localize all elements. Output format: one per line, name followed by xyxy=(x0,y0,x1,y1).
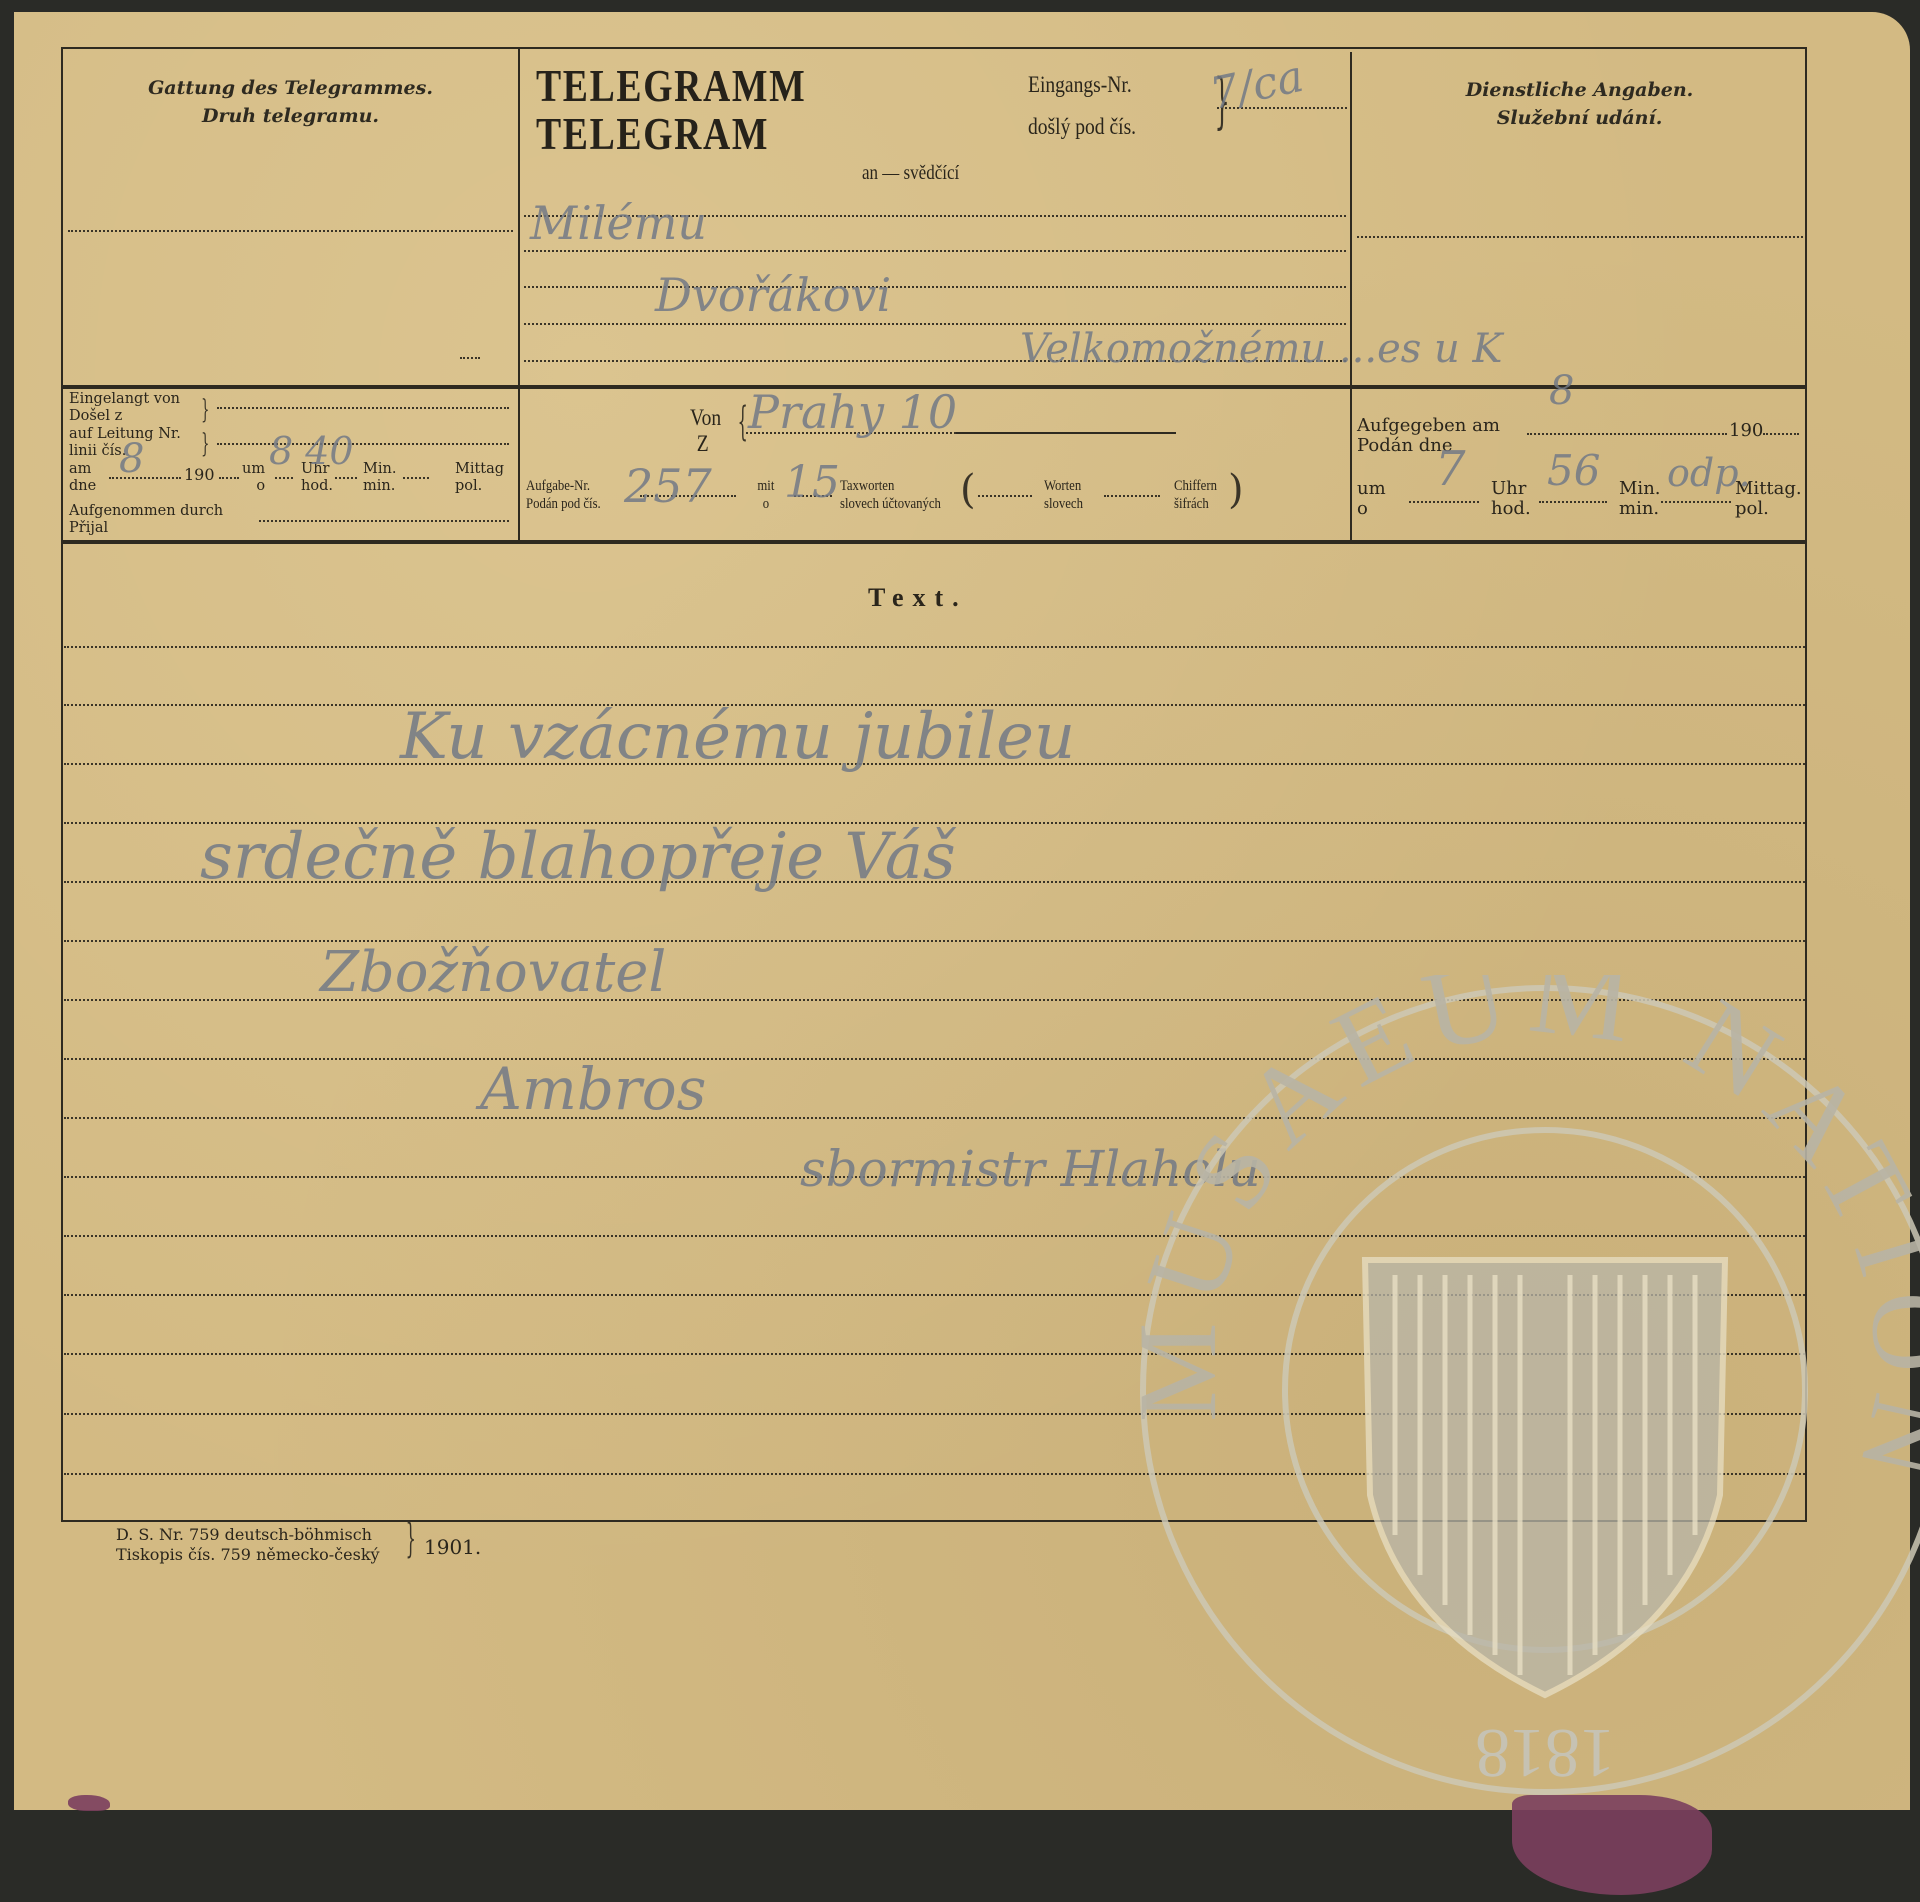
hod-label: hod. xyxy=(301,478,333,495)
message-line-3: Zbožňovatel xyxy=(320,940,666,1005)
handed-year-field[interactable] xyxy=(1763,433,1799,435)
mit-label: mit xyxy=(754,477,778,495)
aufgegeben-label: Aufgegeben am xyxy=(1357,416,1500,436)
title-de: TELEGRAMM xyxy=(536,62,806,110)
museum-stamp: MUSAEUM NATIONALE 1818 xyxy=(1130,975,1920,1805)
address-line-2[interactable] xyxy=(524,250,1346,252)
aufgabe-nr-label: Aufgabe-Nr. xyxy=(526,477,601,495)
address-line-4[interactable] xyxy=(524,323,1346,325)
sifrach-label: šifrách xyxy=(1174,495,1217,513)
address-hand-2: Dvořákovi xyxy=(655,268,891,322)
divider-left xyxy=(518,47,520,543)
received-from-field[interactable] xyxy=(217,407,509,409)
handed-date-value: 8 xyxy=(1549,381,1574,401)
dne-label: dne xyxy=(69,478,96,495)
handed-min-value: 56 xyxy=(1547,461,1600,481)
slovech-uctovanych-label: slovech účtovaných xyxy=(840,495,941,513)
text-line-1[interactable] xyxy=(64,646,1805,648)
wax-seal-left xyxy=(68,1795,110,1811)
left-header-title: Gattung des Telegrammes. Druh telegramu. xyxy=(63,74,518,130)
address-hand-1: Milému xyxy=(530,196,707,250)
received-year-field[interactable] xyxy=(219,477,239,479)
podan-dne-label: Podán dne xyxy=(1357,436,1500,456)
address-hand-3: Velkomožnému ...es u K xyxy=(1020,326,1502,372)
am-label: am xyxy=(69,461,96,478)
aufgenommen-label: Aufgenommen durch xyxy=(69,503,223,520)
handed-min-field[interactable] xyxy=(1539,501,1607,503)
received-year-prefix: 190 xyxy=(184,466,215,483)
von-label: Von xyxy=(690,405,721,431)
handed-hour-field[interactable] xyxy=(1409,501,1479,503)
footer-line-de: D. S. Nr. 759 deutsch-böhmisch xyxy=(116,1525,380,1545)
prijal-label: Přijal xyxy=(69,520,223,537)
pol-label: pol. xyxy=(1735,499,1802,519)
origin-number-value: 257 xyxy=(624,459,712,513)
message-line-1: Ku vzácnému jubileu xyxy=(400,700,1075,774)
min-label: Min. xyxy=(363,461,396,478)
origin-block: Von Z { Prahy 10 Aufgabe-Nr. Podán pod č… xyxy=(522,391,1348,539)
mittag-label: Mittag. xyxy=(1735,479,1802,499)
received-time-field[interactable] xyxy=(275,477,293,479)
gattung-label: Gattung des Telegrammes. xyxy=(63,74,518,102)
chiffern-field[interactable] xyxy=(1104,495,1160,497)
received-block: Eingelangt von Došel z } auf Leitung Nr.… xyxy=(69,391,514,539)
dosel-label: Došel z xyxy=(69,408,180,425)
paren-open-icon: ( xyxy=(960,475,976,505)
taxworten-label: Taxworten xyxy=(840,477,941,495)
z-label: Z xyxy=(690,431,721,457)
wax-seal-right xyxy=(1512,1795,1712,1895)
left-header-dotline-1 xyxy=(68,230,513,232)
mittag-label: Mittag xyxy=(455,461,504,478)
footer-brace-icon: } xyxy=(406,1524,416,1554)
footer-line-cs: Tiskopis čís. 759 německo-český xyxy=(116,1545,380,1565)
o-label: o xyxy=(242,478,265,495)
message-line-2: srdečně blahopřeje Váš xyxy=(200,820,956,894)
handed-year-prefix: 190 xyxy=(1729,421,1763,441)
dosly-pod-cis-label: došlý pod čís. xyxy=(1028,112,1136,142)
form-footer: D. S. Nr. 759 deutsch-böhmisch Tiskopis … xyxy=(116,1525,380,1565)
pol-label: pol. xyxy=(455,478,504,495)
received-hand-date: 8 xyxy=(119,451,144,468)
svg-text:1818: 1818 xyxy=(1475,1714,1615,1791)
brace-icon: } xyxy=(201,395,209,425)
eingelangt-label: Eingelangt von xyxy=(69,391,180,408)
received-noon-field[interactable] xyxy=(403,477,429,479)
min-label: Min. xyxy=(1619,479,1661,499)
text-heading: Text. xyxy=(868,583,968,613)
um-label: um xyxy=(1357,479,1386,499)
min-cs-label: min. xyxy=(1619,499,1661,519)
museum-seal-icon: MUSAEUM NATIONALE 1818 xyxy=(1130,975,1920,1805)
um-label: um xyxy=(242,461,265,478)
origin-words-value: 15 xyxy=(784,457,840,508)
dienstliche-label: Dienstliche Angaben. xyxy=(1352,76,1807,104)
incoming-number-label: Eingangs-Nr. došlý pod čís. xyxy=(1028,70,1136,142)
worten-field[interactable] xyxy=(978,495,1032,497)
slovech-label: slovech xyxy=(1044,495,1083,513)
left-header-dotline-2 xyxy=(460,357,480,359)
received-hand-time: 8 40 xyxy=(269,443,354,460)
origin-underline xyxy=(956,432,1176,434)
sluzebni-label: Služební udání. xyxy=(1352,104,1807,132)
recipient-label: an — svědčící xyxy=(862,158,959,188)
message-line-4: Ambros xyxy=(480,1055,706,1123)
o-label: o xyxy=(1357,499,1386,519)
brace-icon: } xyxy=(201,429,209,459)
origin-value: Prahy 10 xyxy=(748,385,957,439)
telegramm-title: TELEGRAMM TELEGRAM xyxy=(536,62,806,158)
header-bottom-divider xyxy=(61,540,1807,544)
paren-close-icon: ) xyxy=(1228,475,1244,505)
title-cs: TELEGRAM xyxy=(536,110,806,158)
chiffern-label: Chiffern xyxy=(1174,477,1217,495)
o-label: o xyxy=(754,495,778,513)
eingangs-nr-label: Eingangs-Nr. xyxy=(1028,70,1136,100)
min-cs-label: min. xyxy=(363,478,396,495)
handed-noon-field[interactable] xyxy=(1661,501,1731,503)
uhr-label: Uhr xyxy=(1491,479,1531,499)
handed-date-field[interactable] xyxy=(1527,433,1727,435)
hod-label: hod. xyxy=(1491,499,1531,519)
footer-year: 1901. xyxy=(424,1535,481,1559)
right-header-title: Dienstliche Angaben. Služební udání. xyxy=(1352,76,1807,132)
handed-hour-value: 7 xyxy=(1435,459,1466,479)
address-line-3[interactable] xyxy=(524,286,1346,288)
received-line-field[interactable] xyxy=(217,443,509,445)
podan-pod-cis-label: Podán pod čís. xyxy=(526,495,601,513)
druh-label: Druh telegramu. xyxy=(63,102,518,130)
worten-label: Worten xyxy=(1044,477,1083,495)
right-header-dotline xyxy=(1357,236,1803,238)
received-by-field[interactable] xyxy=(259,520,509,522)
received-min-field[interactable] xyxy=(335,477,357,479)
handed-block: Aufgegeben am Podán dne 190 8 um o 7 Uhr… xyxy=(1357,391,1803,539)
